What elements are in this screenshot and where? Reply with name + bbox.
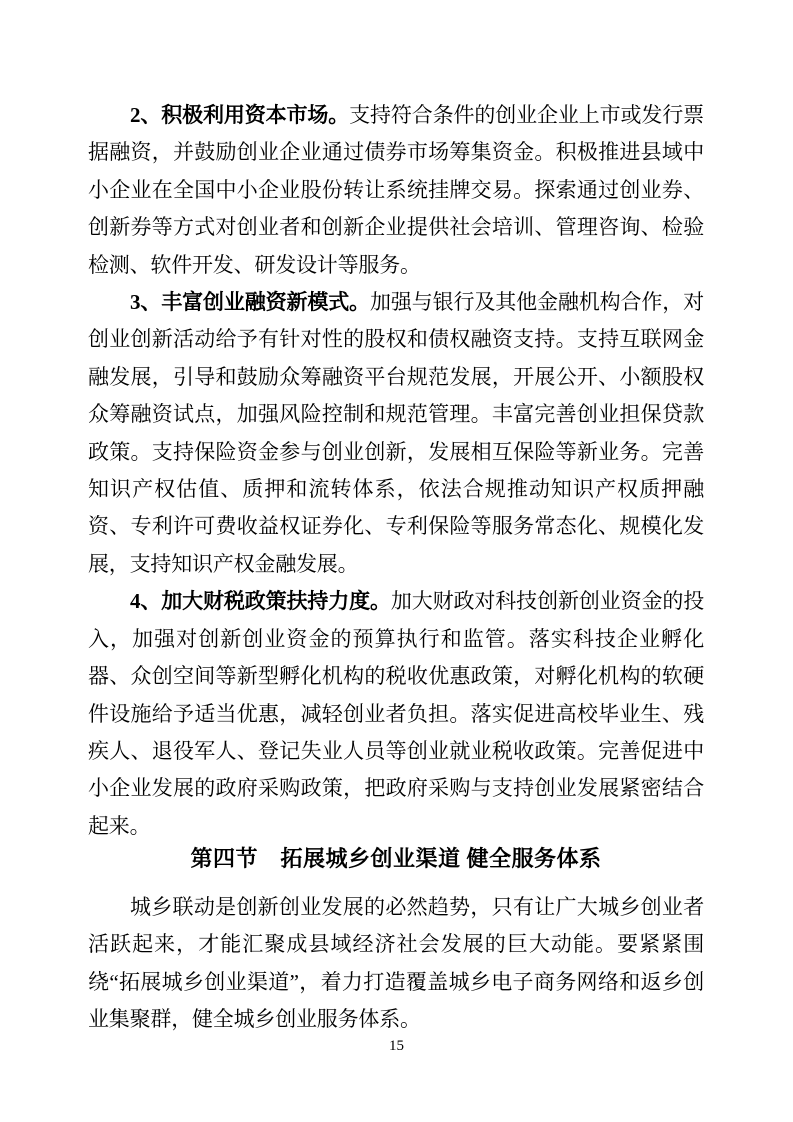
paragraph-item-4: 4、加大财税政策扶持力度。加大财政对科技创新创业资金的投入，加强对创新创业资金的… [88, 583, 704, 845]
document-page: 2、积极利用资本市场。支持符合条件的创业企业上市或发行票据融资，并鼓励创业企业通… [0, 0, 793, 1122]
paragraph-3-body: 加强与银行及其他金融机构合作，对创业创新活动给予有针对性的股权和债权融资支持。支… [88, 290, 704, 576]
paragraph-2-body: 支持符合条件的创业企业上市或发行票据融资，并鼓励创业企业通过债券市场筹集资金。积… [88, 103, 704, 277]
paragraph-item-2: 2、积极利用资本市场。支持符合条件的创业企业上市或发行票据融资，并鼓励创业企业通… [88, 97, 704, 284]
closing-paragraph: 城乡联动是创新创业发展的必然趋势，只有让广大城乡创业者活跃起来，才能汇聚成县域经… [88, 889, 704, 1039]
paragraph-4-lead: 4、加大财税政策扶持力度。 [130, 589, 391, 613]
page-number: 15 [0, 1036, 793, 1056]
section-heading: 第四节 拓展城乡创业渠道 健全服务体系 [88, 843, 704, 875]
body-text-block: 2、积极利用资本市场。支持符合条件的创业企业上市或发行票据融资，并鼓励创业企业通… [88, 97, 704, 845]
paragraph-3-lead: 3、丰富创业融资新模式。 [130, 290, 370, 314]
paragraph-item-3: 3、丰富创业融资新模式。加强与银行及其他金融机构合作，对创业创新活动给予有针对性… [88, 284, 704, 583]
paragraph-4-body: 加大财政对科技创新创业资金的投入，加强对创新创业资金的预算执行和监管。落实科技企… [88, 589, 704, 837]
paragraph-2-lead: 2、积极利用资本市场。 [130, 103, 349, 127]
